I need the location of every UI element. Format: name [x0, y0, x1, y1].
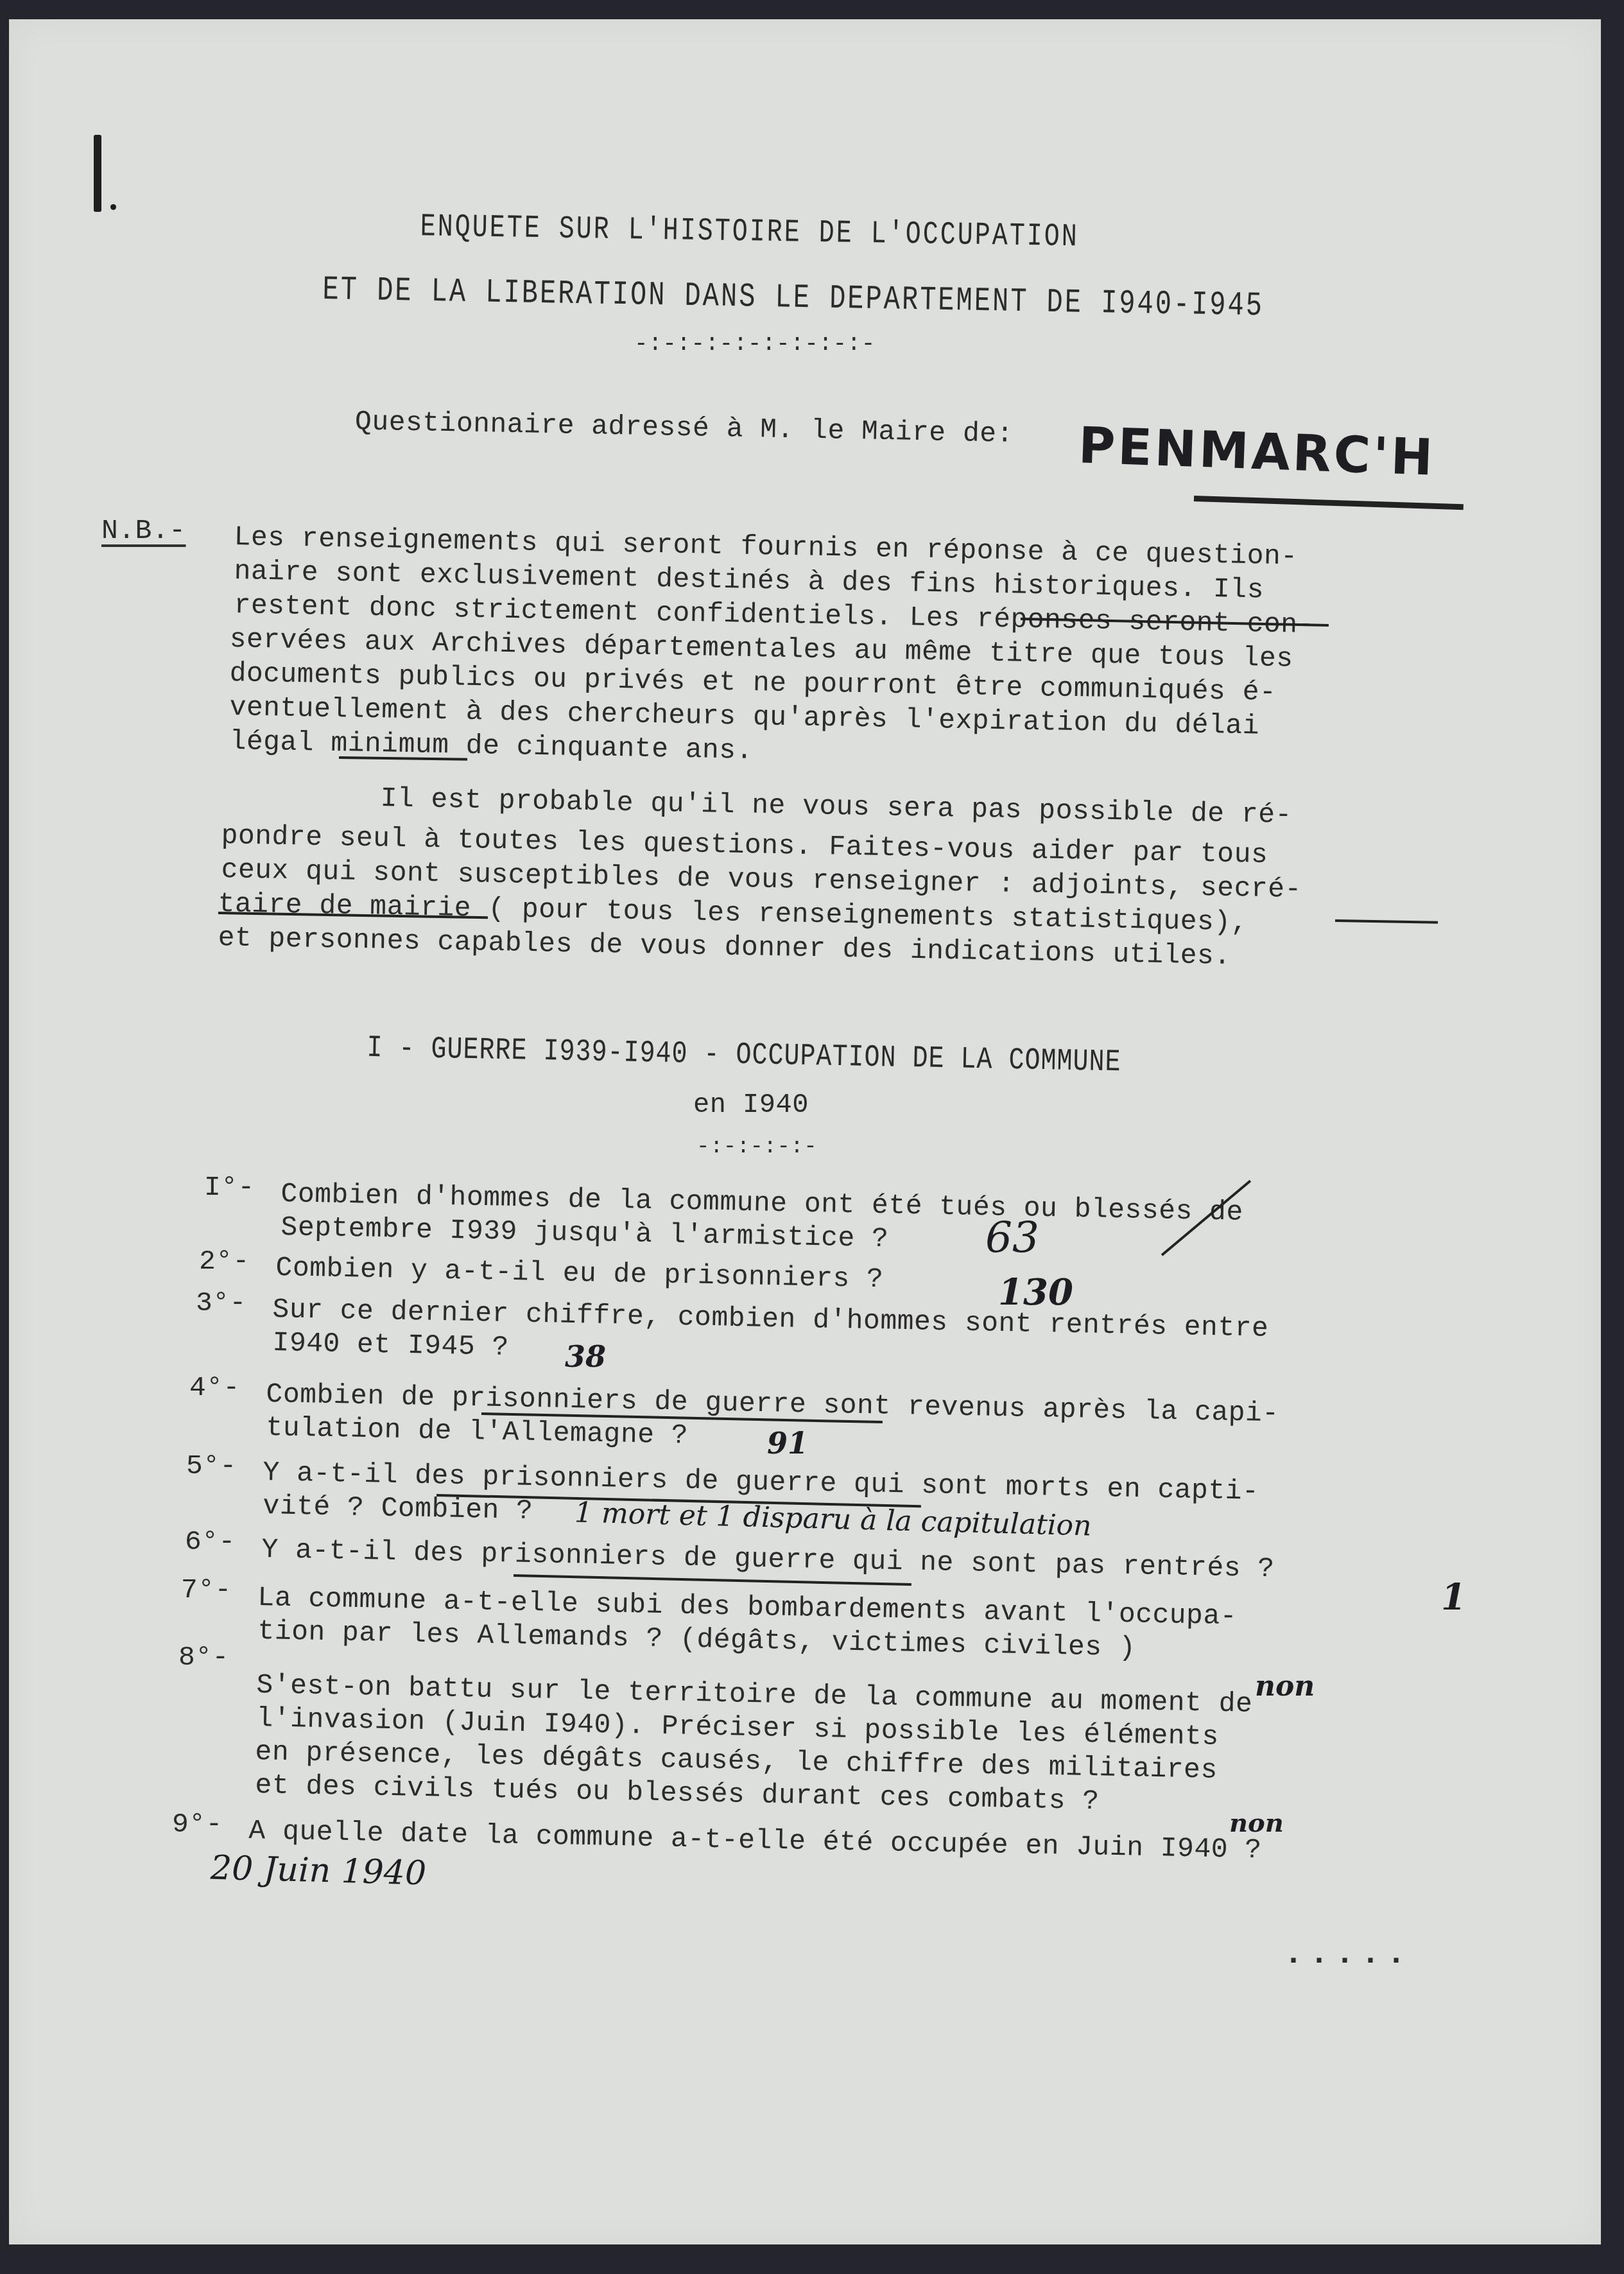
continuation-dots: ..... — [1284, 1939, 1412, 1971]
margin-dot — [110, 204, 116, 210]
question-number: 4°- — [189, 1374, 240, 1402]
commune-name-handwritten: PENMARC'H — [1078, 421, 1437, 483]
handwritten-answer: 91 — [767, 1428, 808, 1458]
question-number: 9°- — [172, 1810, 223, 1838]
handwritten-answer: non — [1229, 1810, 1284, 1836]
question-number: 7°- — [181, 1576, 232, 1604]
question-text: tulation de l'Allemagne ? — [266, 1414, 688, 1450]
handwritten-answer: 130 — [998, 1274, 1073, 1310]
question-number: 8°- — [178, 1644, 229, 1671]
handwritten-answer: non — [1255, 1672, 1315, 1701]
question-text: I940 et I945 ? — [272, 1329, 509, 1361]
handwritten-answer: 63 — [985, 1217, 1039, 1259]
handwritten-answer: 20 Juin 1940 — [210, 1852, 426, 1891]
section-subtitle: en I940 — [693, 1091, 809, 1118]
nb-label: N.B.- — [101, 517, 186, 544]
handwritten-answer: 1 — [1441, 1579, 1466, 1615]
question-number: 3°- — [196, 1289, 246, 1317]
question-number: 6°- — [185, 1528, 236, 1556]
margin-mark — [94, 135, 101, 212]
question-number: 2°- — [199, 1247, 250, 1275]
section-separator: -:-:-:-:- — [696, 1136, 817, 1158]
title-separator: -:-:-:-:-:-:-:-:- — [634, 333, 876, 356]
question-number: 5°- — [186, 1452, 237, 1480]
question-number: I°- — [204, 1174, 255, 1201]
handwritten-answer: 38 — [565, 1342, 606, 1371]
